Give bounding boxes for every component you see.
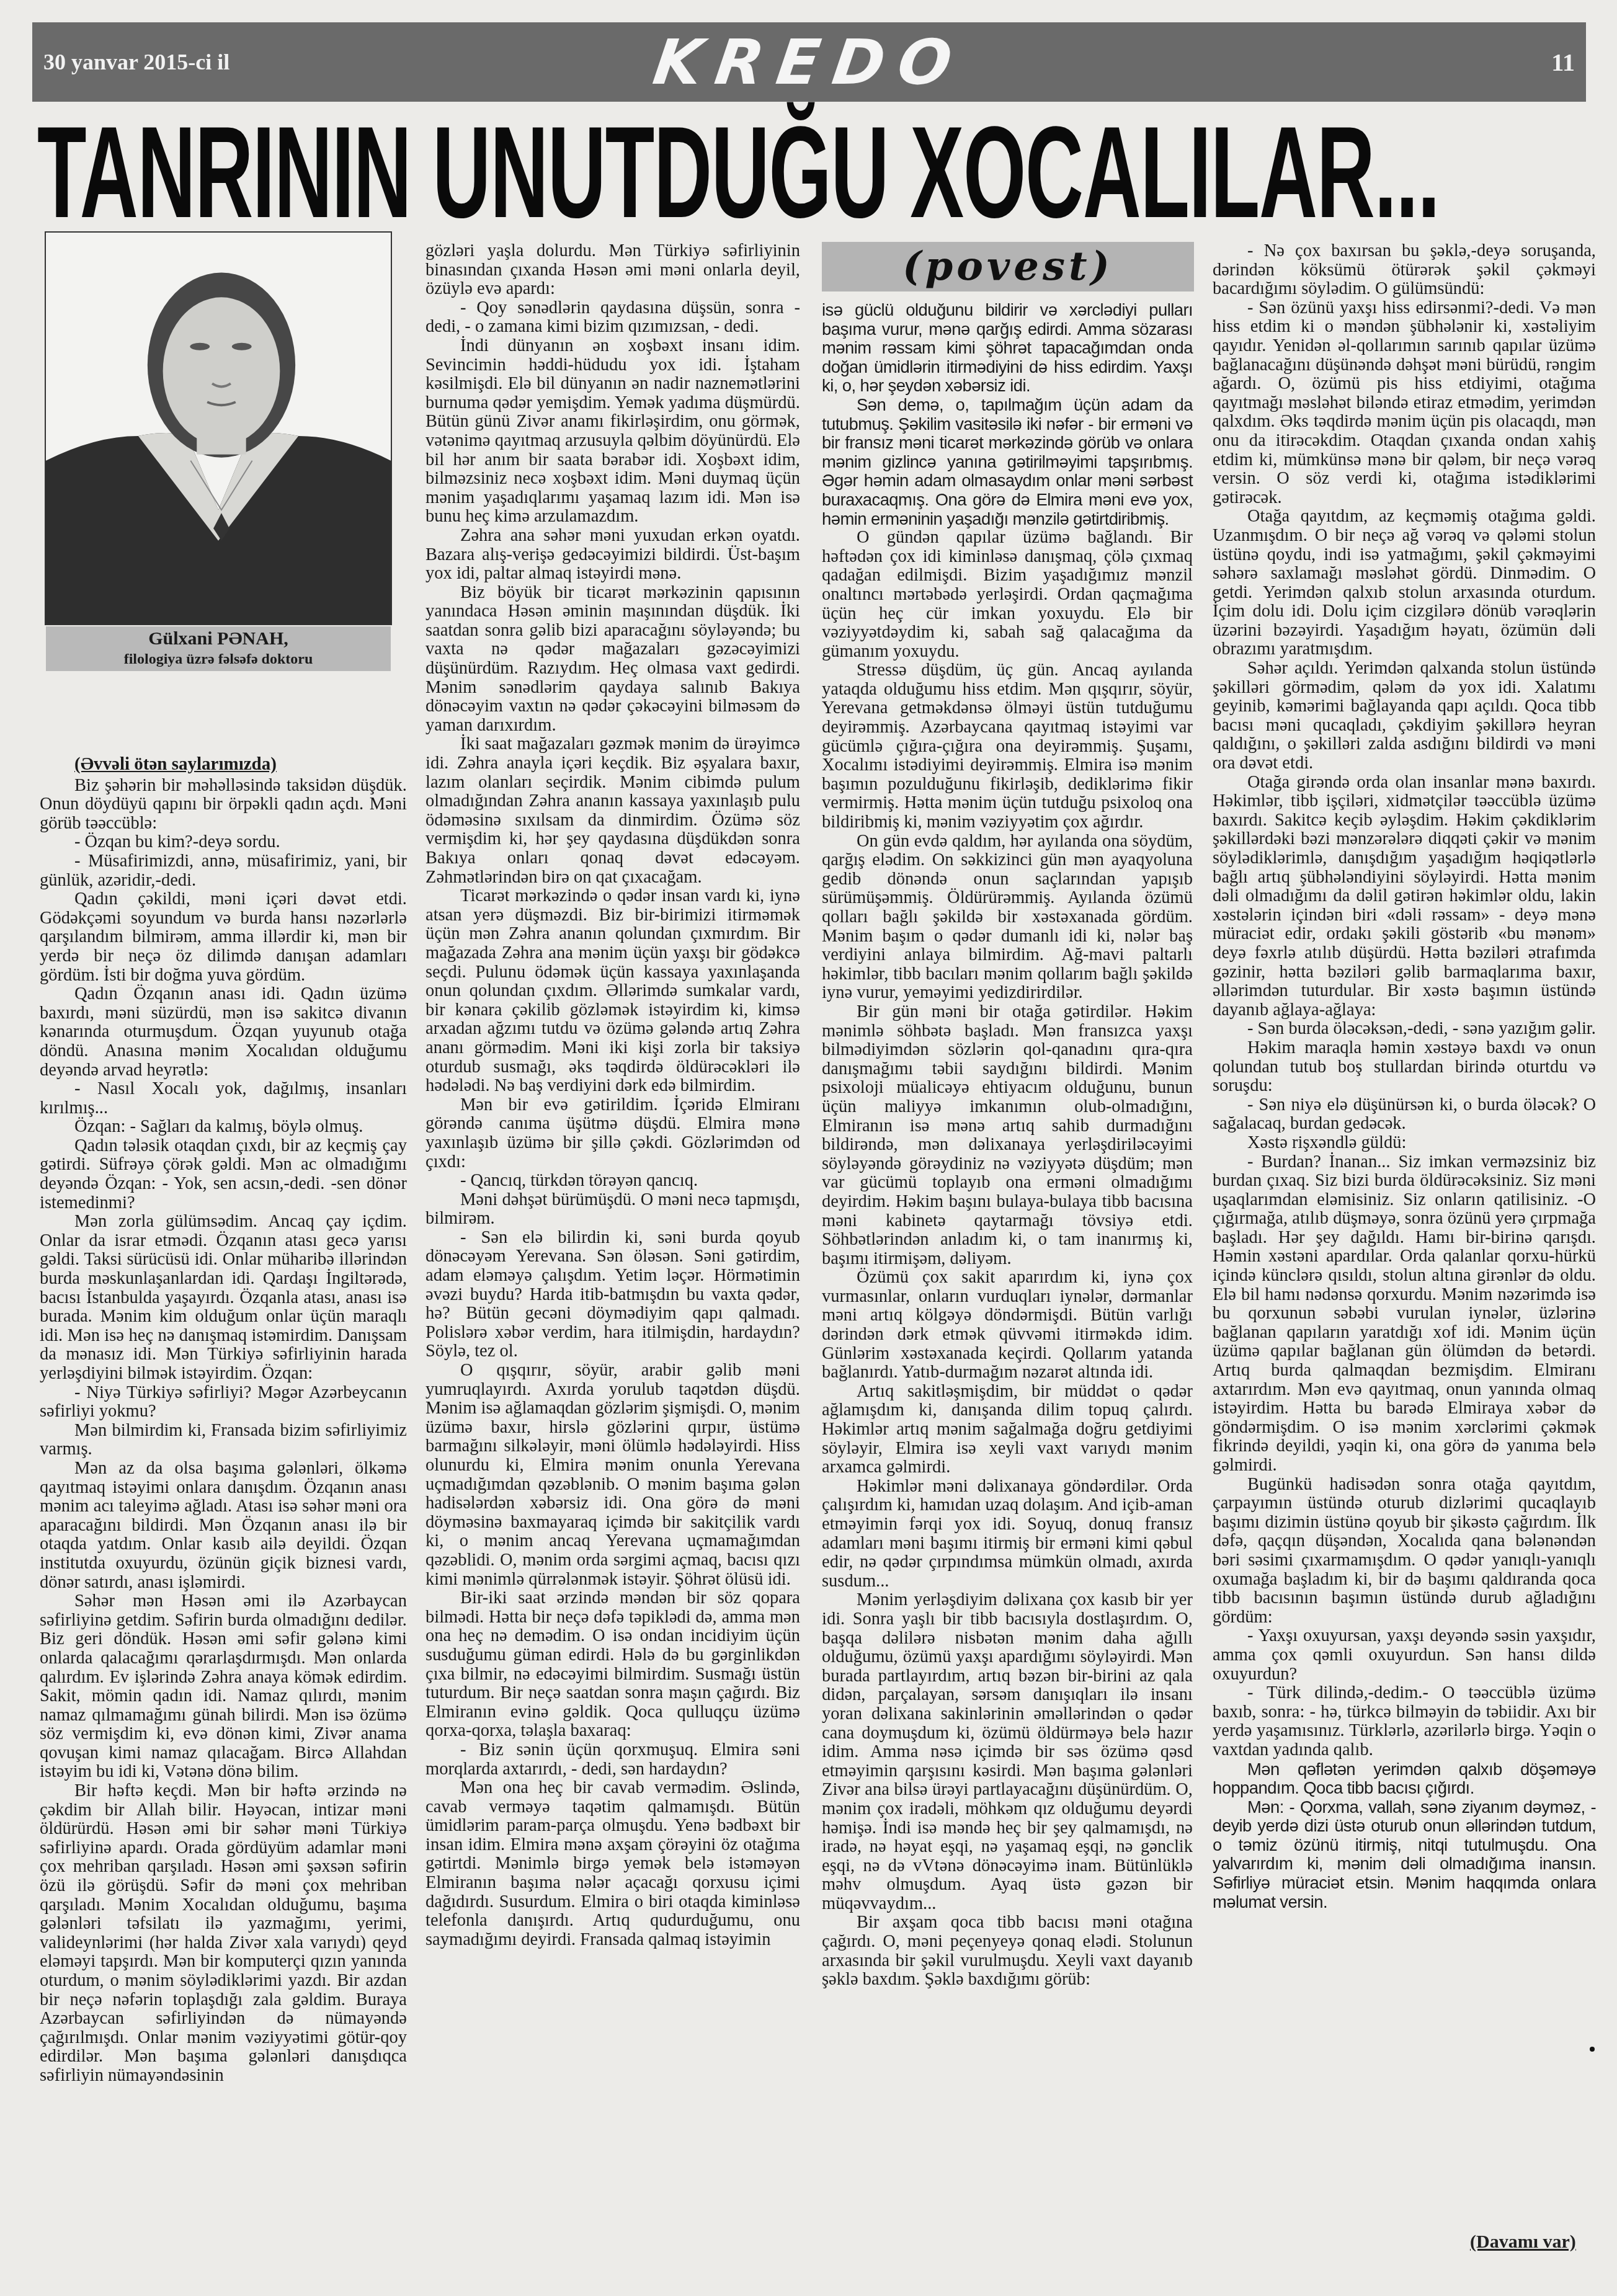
paragraph: - Sən elə bilirdin ki, səni burda qoyub … xyxy=(425,1229,800,1361)
column-2: gözləri yaşla dolurdu. Mən Türkiyə səfir… xyxy=(425,242,800,1949)
paragraph: Mən bilmirdim ki, Fransada bizim səfirli… xyxy=(40,1422,407,1459)
portrait-icon xyxy=(46,233,391,624)
genre-banner: (povest) xyxy=(822,242,1194,291)
paragraph: Mənim yerləşdiyim dəlixana çox kasıb bir… xyxy=(822,1591,1193,1913)
paragraph: - Qoy sənədlərin qaydasına düşsün, sonra… xyxy=(425,299,800,337)
paragraph: - Sən özünü yaxşı hiss edirsənmi?-dedi. … xyxy=(1213,299,1596,508)
paragraph: - Yaxşı oxuyursan, yaxşı deyəndə səsin y… xyxy=(1213,1627,1596,1684)
paragraph: Biz şəhərin bir məhəlləsində taksidən dü… xyxy=(40,776,407,834)
newspaper-logo: KREDO xyxy=(649,26,969,99)
page-number: 11 xyxy=(1551,48,1575,77)
paragraph: - Türk dilində,-dedim.- O təəccüblə üzüm… xyxy=(1213,1684,1596,1760)
paragraph: - Sən niyə elə düşünürsən ki, o burda öl… xyxy=(1213,1096,1596,1134)
paragraph: Mən qəflətən yerimdən qalxıb döşəməyə ho… xyxy=(1213,1760,1596,1798)
paragraph: İki saat mağazaları gəzmək mənim də ürəy… xyxy=(425,735,800,887)
paragraph: - Nasıl Xocalı yok, dağılmış, insanları … xyxy=(40,1080,407,1118)
paragraph: - Qancıq, türkdən törəyən qancıq. xyxy=(425,1172,800,1191)
paragraph: - Özqan bu kim?-deyə sordu. xyxy=(40,833,407,852)
issue-date: 30 yanvar 2015-ci il xyxy=(43,49,229,75)
paragraph: Qadın Özqanın anası idi. Qadın üzümə bax… xyxy=(40,985,407,1080)
masthead: 30 yanvar 2015-ci il KREDO 11 xyxy=(32,22,1586,102)
author-caption: Gülxani PƏNAH, filologiya üzrə fəlsəfə d… xyxy=(46,626,391,671)
paragraph: İndi dünyanın ən xoşbəxt insanı idim. Se… xyxy=(425,337,800,527)
paragraph: Mən bir evə gətirildim. İçəridə Elmiranı… xyxy=(425,1096,800,1172)
paragraph: O gündən qapılar üzümə bağlandı. Bir həf… xyxy=(822,528,1193,661)
paragraph: Qadın tələsik otaqdan çıxdı, bir az keçm… xyxy=(40,1137,407,1213)
paragraph: - Müsafirimizdi, annə, müsafirimiz, yani… xyxy=(40,852,407,890)
paragraph: Bir gün məni bir otağa gətirdilər. Həkim… xyxy=(822,1003,1193,1268)
paragraph: Bugünkü hadisədən sonra otağa qayıtdım, … xyxy=(1213,1475,1596,1627)
paragraph: Mən: - Qorxma, vallah, sənə ziyanım dəym… xyxy=(1213,1798,1596,1912)
paragraph: Bir-iki saat ərzində məndən bir söz qopa… xyxy=(425,1589,800,1741)
paragraph: Xəstə rişxəndlə güldü: xyxy=(1213,1134,1596,1153)
paragraph: Səhər açıldı. Yerimdən qalxanda stolun ü… xyxy=(1213,659,1596,773)
paragraph: - Biz sənin üçün qorxmuşuq. Elmira səni … xyxy=(425,1741,800,1779)
paragraph: Stressə düşdüm, üç gün. Ancaq ayılanda y… xyxy=(822,661,1193,832)
paragraph: gözləri yaşla dolurdu. Mən Türkiyə səfir… xyxy=(425,242,800,299)
paragraph: On gün evdə qaldım, hər ayılanda ona söy… xyxy=(822,832,1193,1003)
paragraph: Bir həftə keçdi. Mən bir həftə ərzində n… xyxy=(40,1782,407,2086)
paragraph: Biz böyük bir ticarət mərkəzinin qapısın… xyxy=(425,584,800,736)
paragraph: - Sən burda öləcəksən,-dedi, - sənə yazı… xyxy=(1213,1020,1596,1039)
paragraph: Bir axşam qoca tibb bacısı məni otağına … xyxy=(822,1913,1193,1989)
paragraph: Mən ona heç bir cavab vermədim. Əslində,… xyxy=(425,1779,800,1949)
column-3-serif-block: O gündən qapılar üzümə bağlandı. Bir həf… xyxy=(822,528,1193,1990)
paragraph: Artıq sakitləşmişdim, bir müddət o qədər… xyxy=(822,1382,1193,1477)
paragraph: Həkim maraqla həmin xəstəyə baxdı və onu… xyxy=(1213,1039,1596,1096)
paragraph: Həkimlər məni dəlixanaya göndərdilər. Or… xyxy=(822,1477,1193,1591)
paragraph: Otağa girəndə orda olan insanlar mənə ba… xyxy=(1213,773,1596,1020)
paragraph: O qışqırır, söyür, arabir gəlib məni yum… xyxy=(425,1361,800,1589)
paragraph: - Nə çox baxırsan bu şəklə,-deyə soruşan… xyxy=(1213,242,1596,299)
paragraph: Ticarət mərkəzində o qədər insan vardı k… xyxy=(425,887,800,1096)
paragraph: Özqan: - Sağları da kalmış, böylə olmuş. xyxy=(40,1118,407,1137)
paragraph: - Burdan? İnanan... Siz imkan verməzsini… xyxy=(1213,1153,1596,1475)
author-name: Gülxani PƏNAH, xyxy=(46,626,391,650)
paragraph: Sən demə, o, tapılmağım üçün adam da tut… xyxy=(822,396,1193,528)
bullet-dot-icon xyxy=(1590,2047,1595,2052)
author-title: filologiya üzrə fəlsəfə doktoru xyxy=(46,650,391,669)
previous-issues-note: (Əvvəli ötən saylarımızda) xyxy=(40,755,407,774)
paragraph: Zəhra ana səhər məni yuxudan erkən oyatd… xyxy=(425,527,800,584)
continued-note: (Davamı var) xyxy=(1470,2231,1576,2253)
paragraph: Otağa qayıtdım, az keçməmiş otağıma gəld… xyxy=(1213,507,1596,659)
paragraph: Səhər mən Həsən əmi ilə Azərbaycan səfir… xyxy=(40,1592,407,1782)
paragraph: Məni dəhşət bürümüşdü. O məni necə tapmı… xyxy=(425,1191,800,1229)
author-photo xyxy=(45,231,392,625)
article-headline: TANRININ UNUTDUĞU XOCALILAR... xyxy=(37,118,1595,226)
paragraph: isə güclü olduğunu bildirir və xərclədiy… xyxy=(822,301,1193,396)
column-1: (Əvvəli ötən saylarımızda) Biz şəhərin b… xyxy=(40,755,407,2086)
paragraph: Qadın çəkildi, məni içəri dəvət etdi. Gö… xyxy=(40,890,407,985)
paragraph: - Niyə Türkiyə səfirliyi? Məgər Azərbeyc… xyxy=(40,1384,407,1422)
column-3: isə güclü olduğunu bildirir və xərclədiy… xyxy=(822,301,1193,1990)
column-4: - Nə çox baxırsan bu şəklə,-deyə soruşan… xyxy=(1213,242,1596,1911)
paragraph: Mən az da olsa başıma gələnləri, ölkəmə … xyxy=(40,1459,407,1592)
paragraph: Özümü çox sakit aparırdım ki, iynə çox v… xyxy=(822,1268,1193,1382)
paragraph: Mən zorla gülümsədim. Ancaq çay içdim. O… xyxy=(40,1213,407,1383)
column-4-condensed-block: Mən qəflətən yerimdən qalxıb döşəməyə ho… xyxy=(1213,1760,1596,1912)
